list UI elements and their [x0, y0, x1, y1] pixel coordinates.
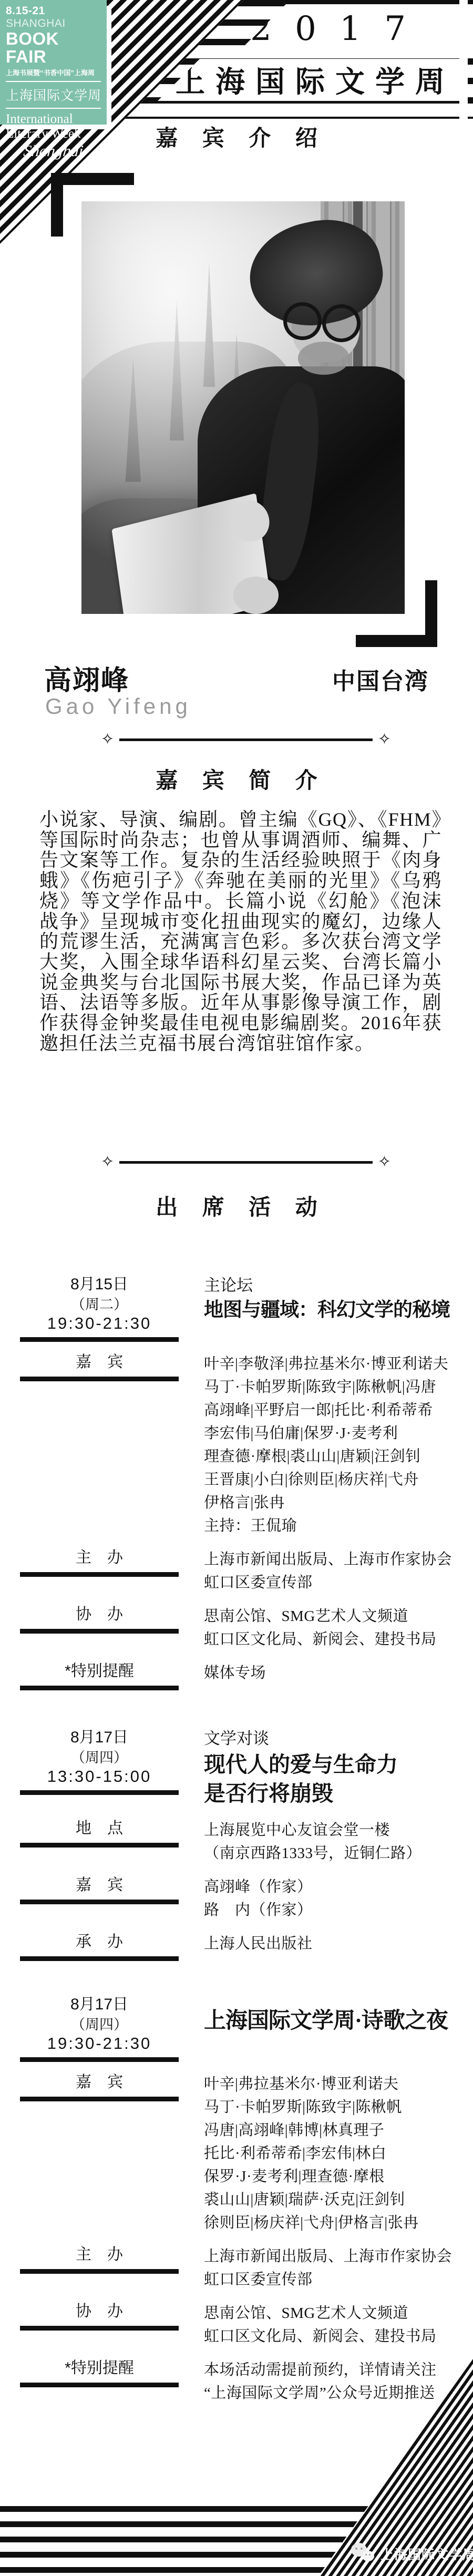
event-detail-row: 主 办 上海市新闻出版局、上海市作家协会虹口区委宣传部: [0, 2245, 473, 2291]
event-datetime: 8月17日 （周四） 13:30-15:00: [20, 1727, 179, 1795]
row-content: 上海展览中心友谊会堂一楼（南京西路1333号，近铜仁路）: [204, 1819, 457, 1865]
event-detail-row: 承 办 上海人民出版社: [0, 1932, 473, 1961]
watermark-text: 上海国际文学周: [381, 2544, 473, 2563]
guest-photo: [81, 201, 405, 614]
row-label-block: 协 办: [20, 2302, 179, 2331]
badge-divider: [6, 81, 101, 82]
event-detail-row: 嘉 宾 高翊峰（作家）路 内（作家）: [0, 1875, 473, 1922]
wechat-icon: [351, 2543, 376, 2565]
event-date: 8月17日: [20, 1994, 179, 2015]
badge-title: BOOK FAIR: [6, 30, 101, 66]
row-label-block: 嘉 宾: [20, 2072, 179, 2101]
photo-hand: [233, 577, 279, 614]
event-detail-row: 地 点 上海展览中心友谊会堂一楼（南京西路1333号，近铜仁路）: [0, 1819, 473, 1865]
event-title-block: 文学对谈 现代人的爱与生命力是否行将崩毁: [204, 1727, 457, 1808]
guest-name-cn: 高翊峰: [44, 658, 129, 697]
diamond-icon: ✧: [378, 732, 391, 747]
wechat-eye: [365, 2554, 367, 2556]
wechat-eye: [369, 2554, 371, 2556]
guest-bio-text: 小说家、导演、编剧。曾主编《GQ》、《FHM》等国际时尚杂志；也曾从事调酒师、编…: [39, 809, 442, 1053]
book-fair-badge: 8.15-21 SHANGHAI BOOK FAIR 上海书展暨“书香中国”上海…: [0, 0, 107, 125]
event-title: 现代人的爱与生命力是否行将崩毁: [204, 1750, 457, 1808]
event-detail-row: 嘉 宾 叶辛|李敬泽|弗拉基米尔·博亚利诺夫马丁·卡帕罗斯|陈致宇|陈楸帆|冯唐…: [0, 1352, 473, 1537]
wechat-watermark: 上海国际文学周: [351, 2543, 473, 2565]
row-label-block: *特别提醒: [20, 2358, 179, 2387]
event-detail-row: 协 办 思南公馆、SMG艺术人文频道虹口区文化局、新阅会、建投书局: [0, 1605, 473, 1651]
horizontal-stripes-footer: [0, 2506, 371, 2573]
badge-cn-week: 上海国际文学周: [6, 85, 101, 104]
event-block: 8月15日 （周二） 19:30-21:30 主论坛 地图与疆域：科幻文学的秘境…: [0, 1274, 473, 1690]
divider-rule: [119, 738, 373, 741]
row-content: 上海人民出版社: [204, 1932, 457, 1955]
photo-person-beard: [298, 342, 349, 375]
event-datetime: 8月15日 （周二） 19:30-21:30: [20, 1274, 179, 1342]
wechat-eye: [355, 2548, 357, 2550]
diamond-icon: ✧: [101, 732, 114, 747]
event-title: 上海国际文学周·诗歌之夜: [204, 2008, 457, 2034]
row-content: 上海市新闻出版局、上海市作家协会虹口区委宣传部: [204, 1548, 457, 1594]
event-header-row: 8月15日 （周二） 19:30-21:30 主论坛 地图与疆域：科幻文学的秘境: [0, 1274, 473, 1342]
section-heading-events: 出 席 活 动: [0, 1190, 473, 1222]
event-weekday: （周四）: [20, 2015, 179, 2034]
row-label-block: *特别提醒: [20, 1661, 179, 1690]
diamond-icon: ✧: [101, 1154, 114, 1170]
event-detail-row: *特别提醒 媒体专场: [0, 1661, 473, 1690]
event-time: 13:30-15:00: [20, 1767, 179, 1786]
wechat-eye: [361, 2548, 363, 2550]
section-heading-bio: 嘉 宾 简 介: [0, 763, 473, 795]
event-time: 19:30-21:30: [20, 2034, 179, 2053]
row-content: 上海市新闻出版局、上海市作家协会虹口区委宣传部: [204, 2245, 457, 2291]
divider-rule: [119, 1161, 373, 1164]
event-time: 19:30-21:30: [20, 1314, 179, 1333]
title-band: 上海国际文学周: [158, 59, 461, 101]
row-label: 承 办: [76, 1932, 123, 1952]
event-title-block: 上海国际文学周·诗歌之夜: [204, 1994, 457, 2034]
row-label: 嘉 宾: [76, 1875, 123, 1895]
badge-date-line: 8.15-21 SHANGHAI: [6, 5, 101, 30]
badge-city: SHANGHAI: [6, 17, 66, 29]
event-detail-row: 协 办 思南公馆、SMG艺术人文频道虹口区文化局、新阅会、建投书局: [0, 2302, 473, 2348]
event-detail-row: *特别提醒 本场活动需提前预约，详情请关注“上海国际文学周”公众号近期推送: [0, 2358, 473, 2405]
row-label-block: 协 办: [20, 1605, 179, 1634]
row-label: 主 办: [76, 1548, 123, 1568]
row-label: 嘉 宾: [76, 1352, 123, 1372]
ornament-divider: ✧ ✧: [101, 732, 391, 747]
row-label-block: 主 办: [20, 2245, 179, 2274]
event-detail-row: 嘉 宾 叶辛|弗拉基米尔·博亚利诺夫马丁·卡帕罗斯|陈致宇|陈楸帆冯唐|高翊峰|…: [0, 2072, 473, 2234]
row-label-block: 地 点: [20, 1819, 179, 1848]
event-weekday: （周二）: [20, 1295, 179, 1314]
event-datetime: 8月17日 （周四） 19:30-21:30: [20, 1994, 179, 2062]
row-content: 高翊峰（作家）路 内（作家）: [204, 1875, 457, 1922]
guest-region: 中国台湾: [332, 662, 429, 696]
row-content: 思南公馆、SMG艺术人文频道虹口区文化局、新阅会、建投书局: [204, 2302, 457, 2348]
row-label-block: 承 办: [20, 1932, 179, 1961]
row-label: 协 办: [76, 1605, 123, 1625]
event-date: 8月15日: [20, 1274, 179, 1295]
row-label: 主 办: [76, 2245, 123, 2265]
event-block: 8月17日 （周四） 13:30-15:00 文学对谈 现代人的爱与生命力是否行…: [0, 1727, 473, 1961]
row-content: 媒体专场: [204, 1661, 457, 1685]
row-label-block: 嘉 宾: [20, 1875, 179, 1904]
wechat-bubble-small: [362, 2551, 374, 2561]
badge-subtitle: 上海书展暨“书香中国”上海周: [6, 67, 101, 77]
row-content: 本场活动需提前预约，详情请关注“上海国际文学周”公众号近期推送: [204, 2358, 457, 2405]
row-label-block: 嘉 宾: [20, 1352, 179, 1381]
row-label-block: 主 办: [20, 1548, 179, 1577]
row-content: 叶辛|弗拉基米尔·博亚利诺夫马丁·卡帕罗斯|陈致宇|陈楸帆冯唐|高翊峰|韩博|林…: [204, 2072, 457, 2234]
row-label: 协 办: [76, 2302, 123, 2322]
poster-title: 上海国际文学周: [176, 59, 455, 101]
row-content: 思南公馆、SMG艺术人文频道虹口区文化局、新阅会、建投书局: [204, 1605, 457, 1651]
event-title-block: 主论坛 地图与疆域：科幻文学的秘境: [204, 1274, 457, 1323]
guest-name-en: Gao Yifeng: [45, 694, 191, 719]
row-label: *特别提醒: [65, 1661, 134, 1681]
badge-divider2: [6, 108, 101, 109]
row-label: *特别提醒: [65, 2358, 134, 2378]
photo-glasses-left: [283, 302, 321, 340]
row-label: 地 点: [76, 1819, 123, 1839]
event-header-row: 8月17日 （周四） 19:30-21:30 上海国际文学周·诗歌之夜: [0, 1994, 473, 2062]
event-weekday: （周四）: [20, 1748, 179, 1767]
row-content: 叶辛|李敬泽|弗拉基米尔·博亚利诺夫马丁·卡帕罗斯|陈致宇|陈楸帆|冯唐高翊峰|…: [204, 1352, 457, 1537]
event-header-row: 8月17日 （周四） 13:30-15:00 文学对谈 现代人的爱与生命力是否行…: [0, 1727, 473, 1808]
badge-date: 8.15-21: [6, 5, 45, 17]
ornament-divider: ✧ ✧: [101, 1154, 391, 1170]
event-category: 主论坛: [204, 1274, 457, 1297]
event-detail-row: 主 办 上海市新闻出版局、上海市作家协会虹口区委宣传部: [0, 1548, 473, 1594]
photo-glasses-right: [322, 304, 360, 342]
diamond-icon: ✧: [378, 1154, 391, 1170]
event-date: 8月17日: [20, 1727, 179, 1748]
event-block: 8月17日 （周四） 19:30-21:30 上海国际文学周·诗歌之夜 嘉 宾 …: [0, 1994, 473, 2405]
poster: 2 0 1 7 上海国际文学周 8.15-21 SHANGHAI BOOK FA…: [0, 0, 473, 2576]
event-title: 地图与疆域：科幻文学的秘境: [204, 1297, 457, 1323]
section-heading-intro: 嘉 宾 介 绍: [0, 121, 473, 152]
row-label: 嘉 宾: [76, 2072, 123, 2092]
event-category: 文学对谈: [204, 1727, 457, 1750]
